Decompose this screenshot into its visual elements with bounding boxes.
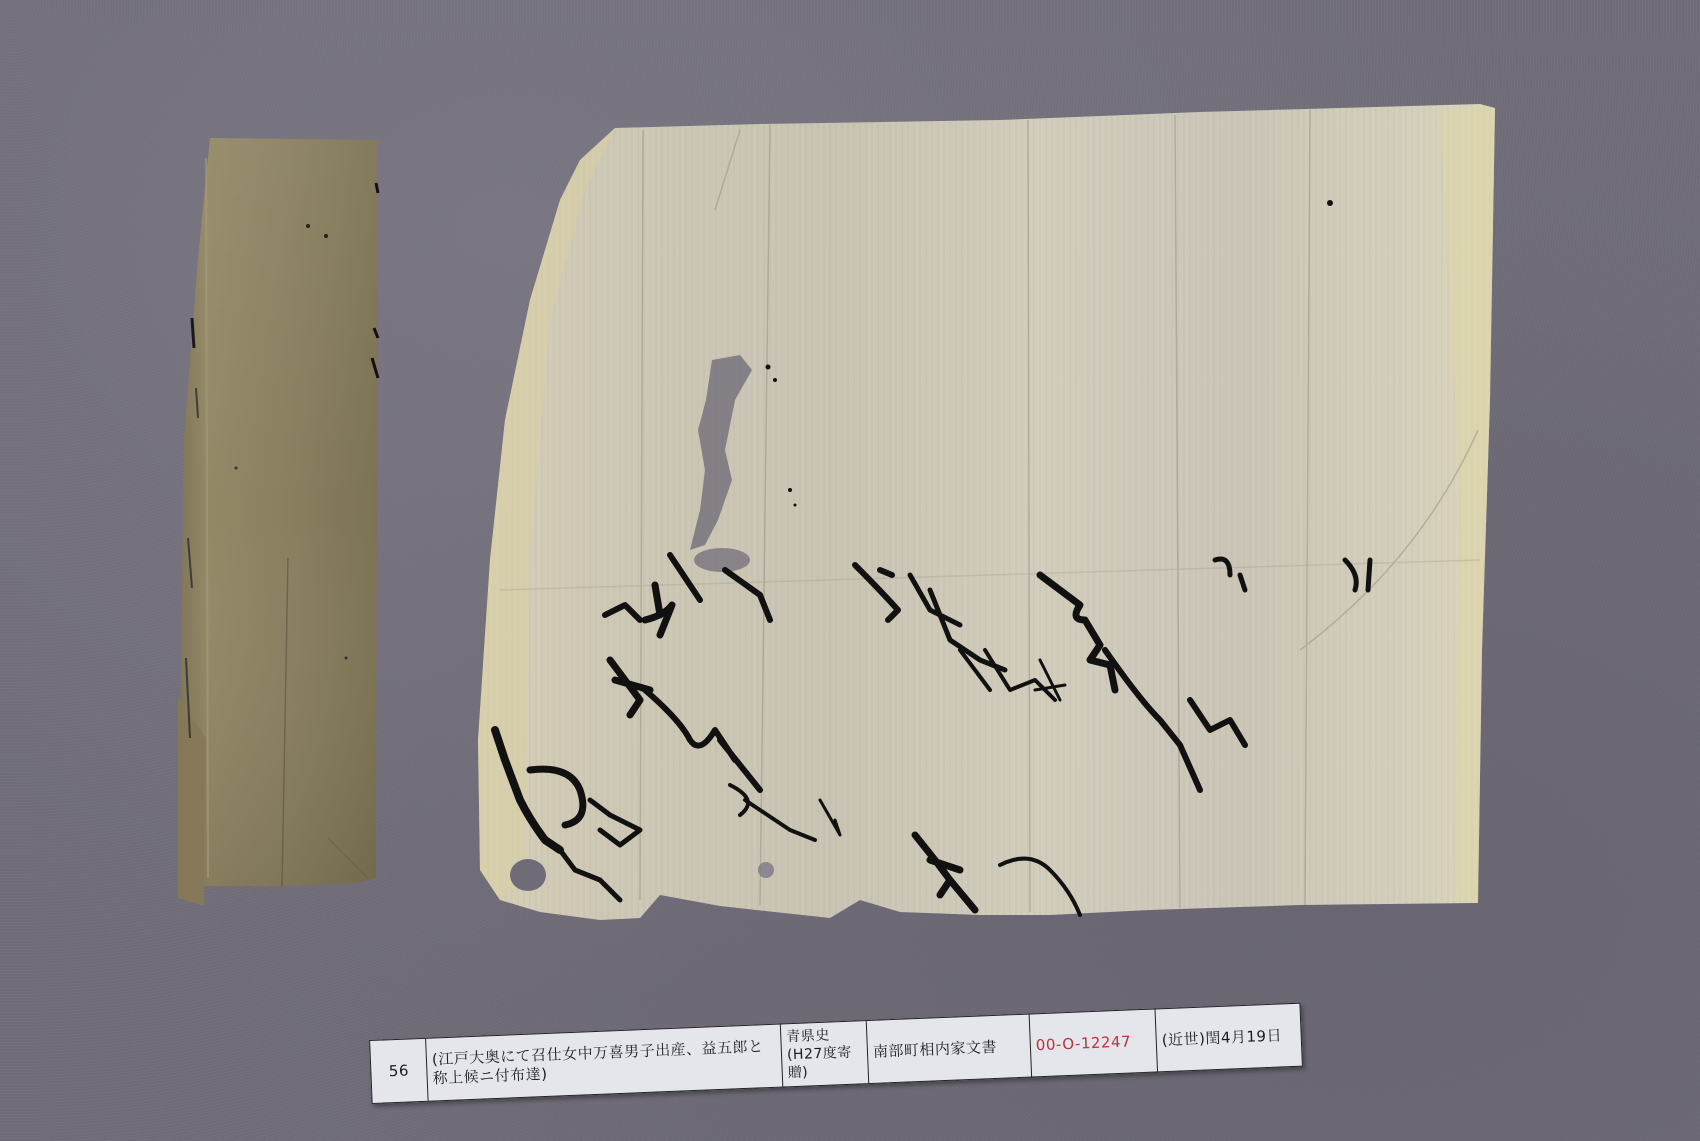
label-number: 56 [370,1039,428,1103]
label-source: 青県史(H27度寄贈) [781,1021,869,1086]
letter-paper [0,0,1700,1141]
photo-scene: 56 (江戸大奥にて召仕女中万喜男子出産、益五郎と称上候ニ付布達) 青県史(H2… [0,0,1700,1141]
label-collection: 南部町相内家文書 [867,1015,1032,1083]
label-date: (近世)閏4月19日 [1156,1004,1302,1072]
label-catalog-id: 00-O-12247 [1030,1009,1158,1076]
label-title: (江戸大奥にて召仕女中万喜男子出産、益五郎と称上候ニ付布達) [426,1025,783,1101]
